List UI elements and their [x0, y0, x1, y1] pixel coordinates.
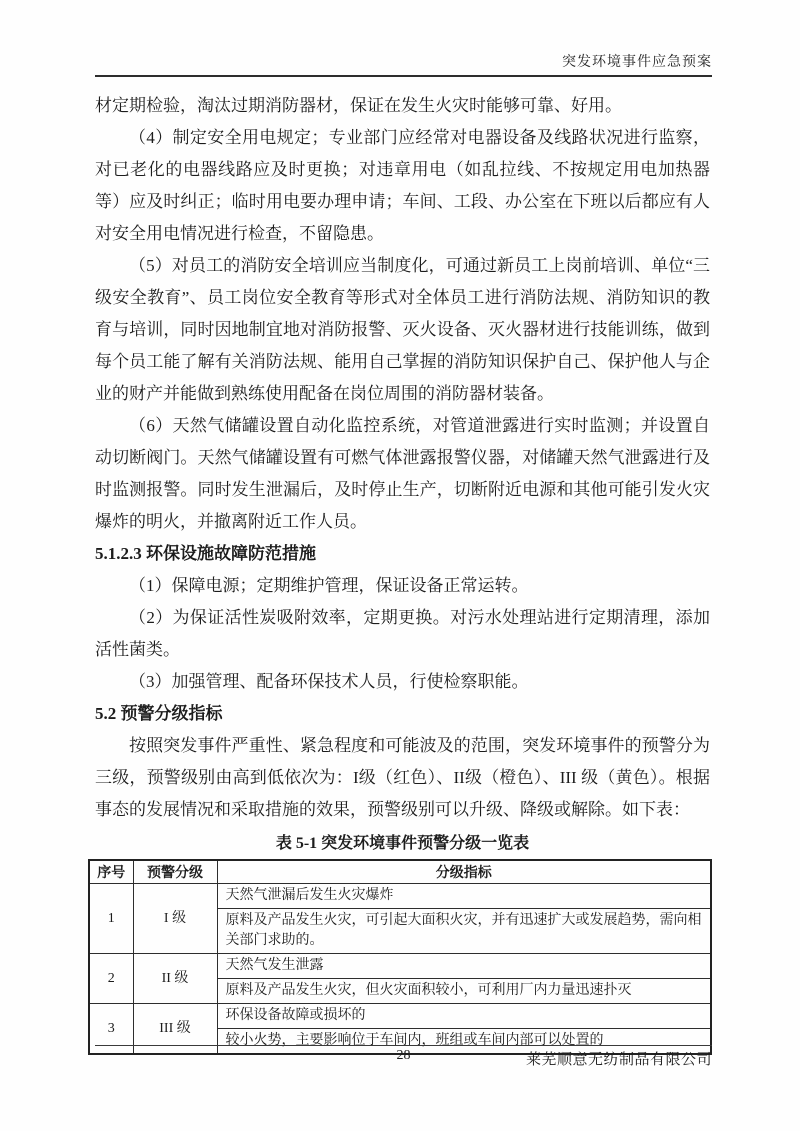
header-title: 突发环境事件应急预案 [562, 51, 712, 75]
footer-company-name: 莱芜顺意无纺制品有限公司 [526, 1048, 712, 1069]
section-heading-5-1-2-3: 5.1.2.3 环保设施故障防范措施 [95, 538, 710, 570]
table-header-row: 序号 预警分级 分级指标 [89, 860, 711, 884]
cell-indicator-1a: 天然气泄漏后发生火灾爆炸 [217, 884, 711, 909]
cell-no-1: 1 [89, 884, 133, 954]
table-row: 2 II 级 天然气发生泄露 [89, 954, 711, 979]
cell-level-2: II 级 [133, 954, 217, 1004]
cell-no-2: 2 [89, 954, 133, 1004]
paragraph-warning-intro: 按照突发事件严重性、紧急程度和可能波及的范围，突发环境事件的预警分为三级，预警级… [95, 730, 710, 826]
table-header-level: 预警分级 [133, 860, 217, 884]
table-header-no: 序号 [89, 860, 133, 884]
cell-indicator-2b: 原料及产品发生火灾，但火灾面积较小，可利用厂内力量迅速扑灭 [217, 979, 711, 1004]
paragraph-env3: （3）加强管理、配备环保技术人员，行使检察职能。 [95, 666, 710, 698]
cell-indicator-2a: 天然气发生泄露 [217, 954, 711, 979]
table-header-indicator: 分级指标 [217, 860, 711, 884]
cell-indicator-3a: 环保设备故障或损坏的 [217, 1004, 711, 1029]
paragraph-env1: （1）保障电源；定期维护管理，保证设备正常运转。 [95, 570, 710, 602]
paragraph-continuation: 材定期检验，淘汰过期消防器材，保证在发生火灾时能够可靠、好用。 [95, 90, 710, 122]
paragraph-item5: （5）对员工的消防安全培训应当制度化，可通过新员工上岗前培训、单位“三级安全教育… [95, 250, 710, 410]
paragraph-env2: （2）为保证活性炭吸附效率，定期更换。对污水处理站进行定期清理，添加活性菌类。 [95, 602, 710, 666]
page-footer: 28 莱芜顺意无纺制品有限公司 [95, 1045, 712, 1070]
footer-row: 28 莱芜顺意无纺制品有限公司 [95, 1046, 712, 1070]
cell-indicator-1b: 原料及产品发生火灾，可引起大面积火灾，并有迅速扩大或发展趋势，需向相关部门求助的… [217, 909, 711, 954]
table-row: 1 I 级 天然气泄漏后发生火灾爆炸 [89, 884, 711, 909]
document-body: 材定期检验，淘汰过期消防器材，保证在发生火灾时能够可靠、好用。 （4）制定安全用… [95, 79, 710, 1055]
paragraph-item4: （4）制定安全用电规定；专业部门应经常对电器设备及线路状况进行监察，对已老化的电… [95, 122, 710, 250]
section-heading-5-2: 5.2 预警分级指标 [95, 698, 710, 730]
paragraph-item6: （6）天然气储罐设置自动化监控系统，对管道泄露进行实时监测；并设置自动切断阀门。… [95, 410, 710, 538]
document-page: 突发环境事件应急预案 材定期检验，淘汰过期消防器材，保证在发生火灾时能够可靠、好… [0, 0, 800, 1131]
page-header: 突发环境事件应急预案 [95, 0, 712, 77]
warning-level-table: 序号 预警分级 分级指标 1 I 级 天然气泄漏后发生火灾爆炸 原料及产品发生火… [88, 859, 712, 1055]
cell-level-1: I 级 [133, 884, 217, 954]
table-row: 3 III 级 环保设备故障或损坏的 [89, 1004, 711, 1029]
table-caption: 表 5-1 突发环境事件预警分级一览表 [95, 832, 710, 856]
